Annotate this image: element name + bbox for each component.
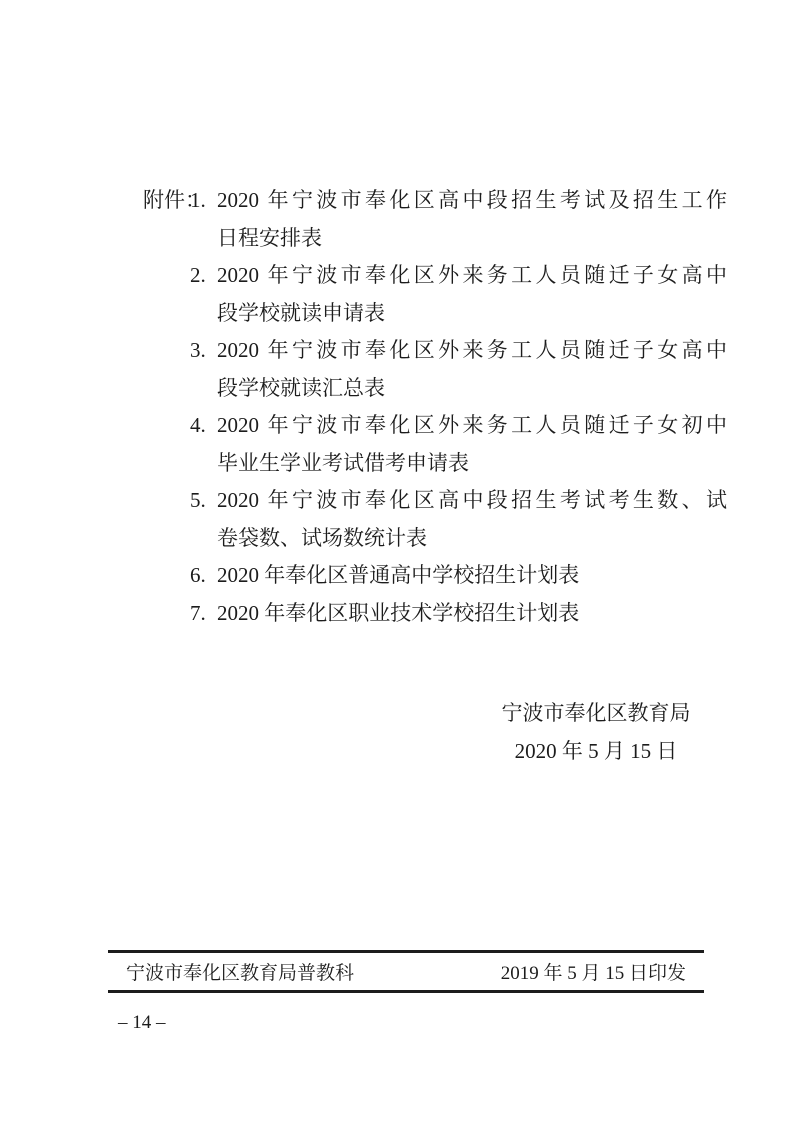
attachment-item-line: 2020 年奉化区职业技术学校招生计划表 <box>217 595 727 633</box>
attachment-item: 6.2020 年奉化区普通高中学校招生计划表 <box>143 557 727 595</box>
attachment-item: 附件：1.2020 年宁波市奉化区高中段招生考试及招生工作日程安排表 <box>143 182 727 257</box>
attachment-item-number: 5. <box>190 482 217 520</box>
attachment-item-text: 2020 年宁波市奉化区外来务工人员随迁子女初中毕业生学业考试借考申请表 <box>217 407 727 482</box>
attachment-item-number: 4. <box>190 407 217 445</box>
attachment-item: 7.2020 年奉化区职业技术学校招生计划表 <box>143 595 727 633</box>
signature-org: 宁波市奉化区教育局 <box>448 695 744 733</box>
document-page: 附件：1.2020 年宁波市奉化区高中段招生考试及招生工作日程安排表2.2020… <box>0 0 800 1131</box>
page-number: – 14 – <box>118 1012 166 1034</box>
attachment-item-line: 段学校就读汇总表 <box>217 370 727 408</box>
footer-bottom-rule <box>108 990 704 993</box>
attachment-item-line: 2020 年宁波市奉化区外来务工人员随迁子女初中 <box>217 407 727 445</box>
attachment-item-number: 1. <box>190 182 217 220</box>
attachment-item-line: 2020 年宁波市奉化区外来务工人员随迁子女高中 <box>217 332 727 370</box>
attachment-item-text: 2020 年宁波市奉化区高中段招生考试考生数、试卷袋数、试场数统计表 <box>217 482 727 557</box>
attachment-item: 3.2020 年宁波市奉化区外来务工人员随迁子女高中段学校就读汇总表 <box>143 332 727 407</box>
footer-row: 宁波市奉化区教育局普教科 2019 年 5 月 15 日印发 <box>108 953 704 990</box>
attachment-item-line: 2020 年宁波市奉化区高中段招生考试考生数、试 <box>217 482 727 520</box>
attachment-item-text: 2020 年宁波市奉化区外来务工人员随迁子女高中段学校就读汇总表 <box>217 332 727 407</box>
attachments-label: 附件： <box>143 182 190 220</box>
attachment-item-number: 2. <box>190 257 217 295</box>
attachment-item-line: 日程安排表 <box>217 220 727 258</box>
attachment-item-line: 毕业生学业考试借考申请表 <box>217 445 727 483</box>
attachment-item-text: 2020 年宁波市奉化区外来务工人员随迁子女高中段学校就读申请表 <box>217 257 727 332</box>
attachment-item-line: 2020 年宁波市奉化区高中段招生考试及招生工作 <box>217 182 727 220</box>
attachment-item: 2.2020 年宁波市奉化区外来务工人员随迁子女高中段学校就读申请表 <box>143 257 727 332</box>
footer-band: 宁波市奉化区教育局普教科 2019 年 5 月 15 日印发 <box>108 950 704 993</box>
attachment-item-line: 2020 年奉化区普通高中学校招生计划表 <box>217 557 727 595</box>
attachment-item-text: 2020 年宁波市奉化区高中段招生考试及招生工作日程安排表 <box>217 182 727 257</box>
attachment-item-line: 2020 年宁波市奉化区外来务工人员随迁子女高中 <box>217 257 727 295</box>
attachments-list: 附件：1.2020 年宁波市奉化区高中段招生考试及招生工作日程安排表2.2020… <box>143 182 727 632</box>
attachment-item-number: 7. <box>190 595 217 633</box>
attachment-item-line: 卷袋数、试场数统计表 <box>217 520 727 558</box>
attachment-item-number: 6. <box>190 557 217 595</box>
attachment-item-line: 段学校就读申请表 <box>217 295 727 333</box>
attachment-item-number: 3. <box>190 332 217 370</box>
attachment-item: 4.2020 年宁波市奉化区外来务工人员随迁子女初中毕业生学业考试借考申请表 <box>143 407 727 482</box>
attachment-item-text: 2020 年奉化区普通高中学校招生计划表 <box>217 557 727 595</box>
signature-block: 宁波市奉化区教育局 2020 年 5 月 15 日 <box>448 695 744 770</box>
footer-print-date: 2019 年 5 月 15 日印发 <box>501 958 686 985</box>
attachment-item: 5.2020 年宁波市奉化区高中段招生考试考生数、试卷袋数、试场数统计表 <box>143 482 727 557</box>
attachment-item-text: 2020 年奉化区职业技术学校招生计划表 <box>217 595 727 633</box>
signature-date: 2020 年 5 月 15 日 <box>448 733 744 771</box>
footer-issuer: 宁波市奉化区教育局普教科 <box>126 958 354 985</box>
